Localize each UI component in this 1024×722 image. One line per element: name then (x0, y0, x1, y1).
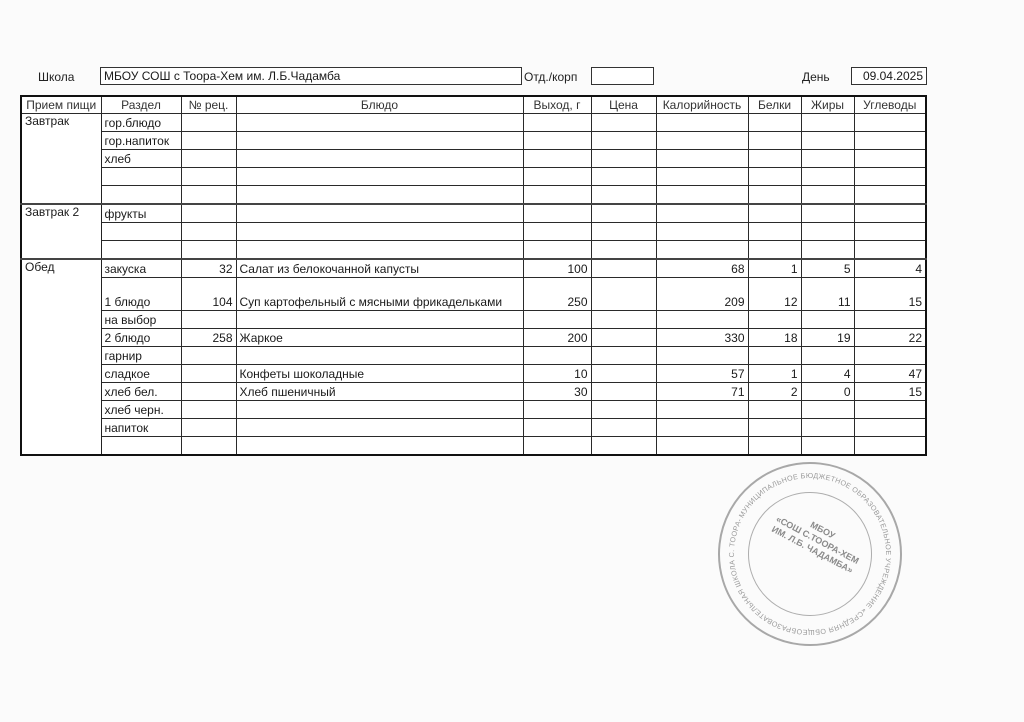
col-header-protein: Белки (748, 96, 801, 114)
table-row: на выбор (21, 311, 926, 329)
fat-cell[interactable]: 0 (801, 383, 854, 401)
fat-cell[interactable] (801, 401, 854, 419)
fat-cell[interactable] (801, 241, 854, 260)
table-row: хлеб (21, 150, 926, 168)
protein-cell[interactable]: 2 (748, 383, 801, 401)
table-row: гор.напиток (21, 132, 926, 150)
fat-cell[interactable] (801, 114, 854, 132)
fat-cell[interactable] (801, 347, 854, 365)
fat-cell[interactable]: 5 (801, 259, 854, 278)
yield-cell[interactable]: 200 (523, 329, 591, 347)
protein-cell[interactable]: 1 (748, 365, 801, 383)
price-cell[interactable] (591, 168, 656, 186)
table-row: Завтрак 2фрукты (21, 204, 926, 223)
recipe-cell[interactable] (181, 347, 236, 365)
kcal-cell[interactable]: 330 (656, 329, 748, 347)
carbs-cell[interactable] (854, 419, 926, 437)
section-cell[interactable] (101, 186, 181, 205)
day-field[interactable]: 09.04.2025 (851, 67, 927, 85)
table-row: 2 блюдо258Жаркое200330181922 (21, 329, 926, 347)
col-header-meal: Прием пищи (21, 96, 101, 114)
fat-cell[interactable] (801, 311, 854, 329)
kcal-cell[interactable]: 71 (656, 383, 748, 401)
fat-cell[interactable]: 4 (801, 365, 854, 383)
kcal-cell[interactable] (656, 437, 748, 456)
price-cell[interactable] (591, 186, 656, 205)
section-cell[interactable]: хлеб бел. (101, 383, 181, 401)
yield-cell[interactable] (523, 204, 591, 223)
dish-cell[interactable] (236, 419, 523, 437)
kcal-cell[interactable] (656, 311, 748, 329)
recipe-cell[interactable] (181, 419, 236, 437)
col-header-section: Раздел (101, 96, 181, 114)
table-row (21, 241, 926, 260)
carbs-cell[interactable] (854, 311, 926, 329)
price-cell[interactable] (591, 329, 656, 347)
col-header-carbs: Углеводы (854, 96, 926, 114)
kcal-cell[interactable] (656, 223, 748, 241)
kcal-cell[interactable] (656, 401, 748, 419)
carbs-cell[interactable] (854, 401, 926, 419)
yield-cell[interactable] (523, 223, 591, 241)
recipe-cell[interactable] (181, 311, 236, 329)
fat-cell[interactable] (801, 168, 854, 186)
section-cell[interactable] (101, 437, 181, 456)
school-stamp: МУНИЦИПАЛЬНОЕ БЮДЖЕТНОЕ ОБРАЗОВАТЕЛЬНОЕ … (686, 430, 935, 679)
carbs-cell[interactable] (854, 241, 926, 260)
col-header-dish: Блюдо (236, 96, 523, 114)
table-row (21, 223, 926, 241)
recipe-cell[interactable] (181, 383, 236, 401)
section-cell[interactable] (101, 168, 181, 186)
section-cell[interactable] (101, 241, 181, 260)
dish-cell[interactable] (236, 168, 523, 186)
kcal-cell[interactable] (656, 186, 748, 205)
protein-cell[interactable] (748, 132, 801, 150)
dept-label: Отд./корп (524, 70, 577, 84)
table-row: 1 блюдо104Суп картофельный с мясными фри… (21, 278, 926, 311)
carbs-cell[interactable]: 4 (854, 259, 926, 278)
protein-cell[interactable] (748, 347, 801, 365)
fat-cell[interactable] (801, 204, 854, 223)
fat-cell[interactable]: 19 (801, 329, 854, 347)
protein-cell[interactable] (748, 114, 801, 132)
recipe-cell[interactable] (181, 365, 236, 383)
kcal-cell[interactable] (656, 419, 748, 437)
fat-cell[interactable] (801, 132, 854, 150)
carbs-cell[interactable] (854, 223, 926, 241)
carbs-cell[interactable] (854, 347, 926, 365)
price-cell[interactable] (591, 311, 656, 329)
section-cell[interactable]: закуска (101, 259, 181, 278)
price-cell[interactable] (591, 114, 656, 132)
table-row: хлеб бел.Хлеб пшеничный30712015 (21, 383, 926, 401)
carbs-cell[interactable] (854, 114, 926, 132)
section-cell[interactable]: напиток (101, 419, 181, 437)
recipe-cell[interactable] (181, 437, 236, 456)
price-cell[interactable] (591, 437, 656, 456)
dish-cell[interactable] (236, 223, 523, 241)
protein-cell[interactable] (748, 168, 801, 186)
school-field[interactable]: МБОУ СОШ с Тоора-Хем им. Л.Б.Чадамба (100, 67, 522, 85)
yield-cell[interactable] (523, 437, 591, 456)
kcal-cell[interactable] (656, 150, 748, 168)
col-header-fat: Жиры (801, 96, 854, 114)
kcal-cell[interactable] (656, 347, 748, 365)
section-cell[interactable]: сладкое (101, 365, 181, 383)
dish-cell[interactable] (236, 186, 523, 205)
recipe-cell[interactable] (181, 186, 236, 205)
recipe-cell[interactable] (181, 223, 236, 241)
dish-cell[interactable] (236, 437, 523, 456)
dish-cell[interactable] (236, 241, 523, 260)
carbs-cell[interactable] (854, 186, 926, 205)
fat-cell[interactable] (801, 419, 854, 437)
meal-cell[interactable]: Обед (21, 259, 101, 455)
protein-cell[interactable] (748, 401, 801, 419)
protein-cell[interactable] (748, 186, 801, 205)
meal-cell[interactable]: Завтрак (21, 114, 101, 205)
table-row: хлеб черн. (21, 401, 926, 419)
section-cell[interactable] (101, 223, 181, 241)
kcal-cell[interactable]: 57 (656, 365, 748, 383)
kcal-cell[interactable] (656, 204, 748, 223)
yield-cell[interactable] (523, 311, 591, 329)
kcal-cell[interactable] (656, 241, 748, 260)
protein-cell[interactable]: 1 (748, 259, 801, 278)
table-header-row: Прием пищи Раздел № рец. Блюдо Выход, г … (21, 96, 926, 114)
col-header-yield: Выход, г (523, 96, 591, 114)
protein-cell[interactable]: 12 (748, 278, 801, 311)
protein-cell[interactable] (748, 204, 801, 223)
price-cell[interactable] (591, 223, 656, 241)
recipe-cell[interactable] (181, 401, 236, 419)
table-row: Обедзакуска32Салат из белокочанной капус… (21, 259, 926, 278)
dish-cell[interactable] (236, 347, 523, 365)
recipe-cell[interactable]: 258 (181, 329, 236, 347)
carbs-cell[interactable] (854, 168, 926, 186)
kcal-cell[interactable] (656, 114, 748, 132)
section-cell[interactable]: гарнир (101, 347, 181, 365)
protein-cell[interactable] (748, 311, 801, 329)
recipe-cell[interactable] (181, 204, 236, 223)
dish-cell[interactable] (236, 132, 523, 150)
section-cell[interactable]: на выбор (101, 311, 181, 329)
carbs-cell[interactable]: 15 (854, 278, 926, 311)
price-cell[interactable] (591, 401, 656, 419)
table-row (21, 186, 926, 205)
dept-field[interactable] (591, 67, 654, 85)
price-cell[interactable] (591, 150, 656, 168)
recipe-cell[interactable] (181, 150, 236, 168)
price-cell[interactable] (591, 132, 656, 150)
table-row: гарнир (21, 347, 926, 365)
col-header-recipe: № рец. (181, 96, 236, 114)
carbs-cell[interactable] (854, 204, 926, 223)
section-cell[interactable]: 1 блюдо (101, 278, 181, 311)
day-label: День (802, 70, 830, 84)
yield-cell[interactable] (523, 114, 591, 132)
section-cell[interactable]: гор.напиток (101, 132, 181, 150)
yield-cell[interactable]: 100 (523, 259, 591, 278)
price-cell[interactable] (591, 204, 656, 223)
dish-cell[interactable] (236, 150, 523, 168)
kcal-cell[interactable] (656, 132, 748, 150)
carbs-cell[interactable]: 22 (854, 329, 926, 347)
carbs-cell[interactable] (854, 132, 926, 150)
fat-cell[interactable]: 11 (801, 278, 854, 311)
price-cell[interactable] (591, 365, 656, 383)
section-cell[interactable]: хлеб черн. (101, 401, 181, 419)
carbs-cell[interactable]: 47 (854, 365, 926, 383)
price-cell[interactable] (591, 259, 656, 278)
yield-cell[interactable] (523, 419, 591, 437)
recipe-cell[interactable] (181, 241, 236, 260)
kcal-cell[interactable]: 68 (656, 259, 748, 278)
fat-cell[interactable] (801, 150, 854, 168)
yield-cell[interactable] (523, 150, 591, 168)
menu-table: Прием пищи Раздел № рец. Блюдо Выход, г … (20, 95, 927, 456)
dish-cell[interactable]: Хлеб пшеничный (236, 383, 523, 401)
col-header-kcal: Калорийность (656, 96, 748, 114)
dish-cell[interactable] (236, 204, 523, 223)
recipe-cell[interactable]: 104 (181, 278, 236, 311)
recipe-cell[interactable] (181, 168, 236, 186)
carbs-cell[interactable] (854, 437, 926, 456)
table-row (21, 168, 926, 186)
price-cell[interactable] (591, 419, 656, 437)
col-header-price: Цена (591, 96, 656, 114)
dish-cell[interactable]: Конфеты шоколадные (236, 365, 523, 383)
recipe-cell[interactable] (181, 114, 236, 132)
yield-cell[interactable] (523, 186, 591, 205)
recipe-cell[interactable]: 32 (181, 259, 236, 278)
dish-cell[interactable] (236, 114, 523, 132)
yield-cell[interactable] (523, 132, 591, 150)
protein-cell[interactable] (748, 223, 801, 241)
fat-cell[interactable] (801, 186, 854, 205)
yield-cell[interactable] (523, 241, 591, 260)
dish-cell[interactable]: Суп картофельный с мясными фрикадельками (236, 278, 523, 311)
dish-cell[interactable]: Жаркое (236, 329, 523, 347)
carbs-cell[interactable]: 15 (854, 383, 926, 401)
price-cell[interactable] (591, 383, 656, 401)
protein-cell[interactable]: 18 (748, 329, 801, 347)
yield-cell[interactable] (523, 168, 591, 186)
dish-cell[interactable] (236, 401, 523, 419)
section-cell[interactable]: гор.блюдо (101, 114, 181, 132)
fat-cell[interactable] (801, 223, 854, 241)
school-label: Школа (38, 70, 74, 84)
carbs-cell[interactable] (854, 150, 926, 168)
protein-cell[interactable] (748, 241, 801, 260)
dish-cell[interactable] (236, 311, 523, 329)
section-cell[interactable]: хлеб (101, 150, 181, 168)
yield-cell[interactable]: 10 (523, 365, 591, 383)
section-cell[interactable]: 2 блюдо (101, 329, 181, 347)
price-cell[interactable] (591, 241, 656, 260)
section-cell[interactable]: фрукты (101, 204, 181, 223)
yield-cell[interactable] (523, 347, 591, 365)
price-cell[interactable] (591, 278, 656, 311)
table-row: Завтракгор.блюдо (21, 114, 926, 132)
yield-cell[interactable] (523, 401, 591, 419)
meal-cell[interactable]: Завтрак 2 (21, 204, 101, 259)
table-row: напиток (21, 419, 926, 437)
kcal-cell[interactable] (656, 168, 748, 186)
recipe-cell[interactable] (181, 132, 236, 150)
table-row: сладкоеКонфеты шоколадные10571447 (21, 365, 926, 383)
yield-cell[interactable]: 250 (523, 278, 591, 311)
kcal-cell[interactable]: 209 (656, 278, 748, 311)
price-cell[interactable] (591, 347, 656, 365)
protein-cell[interactable] (748, 150, 801, 168)
yield-cell[interactable]: 30 (523, 383, 591, 401)
dish-cell[interactable]: Салат из белокочанной капусты (236, 259, 523, 278)
